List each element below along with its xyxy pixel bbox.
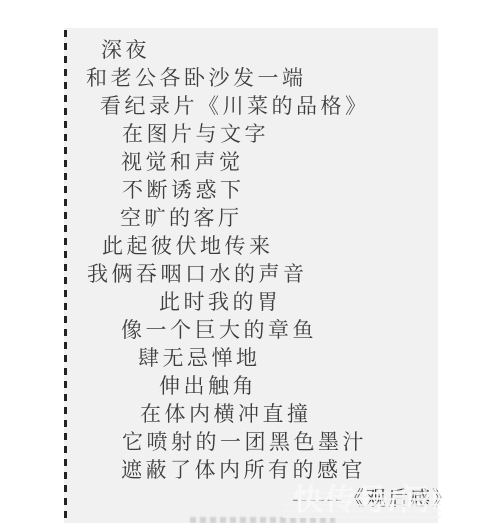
poem-line: 在体内横冲直撞 xyxy=(140,401,438,429)
poem-line: 我俩吞咽口水的声音 xyxy=(87,261,438,289)
poem-line: 深夜 xyxy=(101,37,438,65)
poem-line: 和老公各卧沙发一端 xyxy=(86,65,438,93)
dashed-left-rule xyxy=(64,30,67,523)
poem-line: 遮蔽了体内所有的感官 xyxy=(121,457,438,485)
poem-line: 不断诱惑下 xyxy=(122,177,438,205)
poem-line: 此起彼伏地传来 xyxy=(102,233,438,261)
poem-line: 它喷射的一团黑色墨汁 xyxy=(122,429,438,457)
poem-lines: 深夜和老公各卧沙发一端看纪录片《川菜的品格》在图片与文字视觉和声觉不断诱惑下空旷… xyxy=(64,37,438,485)
poem-line: 像一个巨大的章鱼 xyxy=(121,317,438,345)
poem-attribution: ------《观后感》 xyxy=(292,485,438,513)
poem-line: 看纪录片《川菜的品格》 xyxy=(100,93,438,121)
poem-line: 此时我的胃 xyxy=(159,289,438,317)
poem-line: 在图片与文字 xyxy=(122,121,438,149)
poem: 深夜和老公各卧沙发一端看纪录片《川菜的品格》在图片与文字视觉和声觉不断诱惑下空旷… xyxy=(64,28,438,513)
poem-line: 视觉和声觉 xyxy=(121,149,438,177)
poem-line: 伸出触角 xyxy=(159,373,438,401)
poem-line: 空旷的客厅 xyxy=(120,205,438,233)
poem-card-panel: 深夜和老公各卧沙发一端看纪录片《川菜的品格》在图片与文字视觉和声觉不断诱惑下空旷… xyxy=(64,28,438,523)
poem-image-page: 深夜和老公各卧沙发一端看纪录片《川菜的品格》在图片与文字视觉和声觉不断诱惑下空旷… xyxy=(0,0,500,523)
poem-line: 肆无忌惮地 xyxy=(138,345,438,373)
